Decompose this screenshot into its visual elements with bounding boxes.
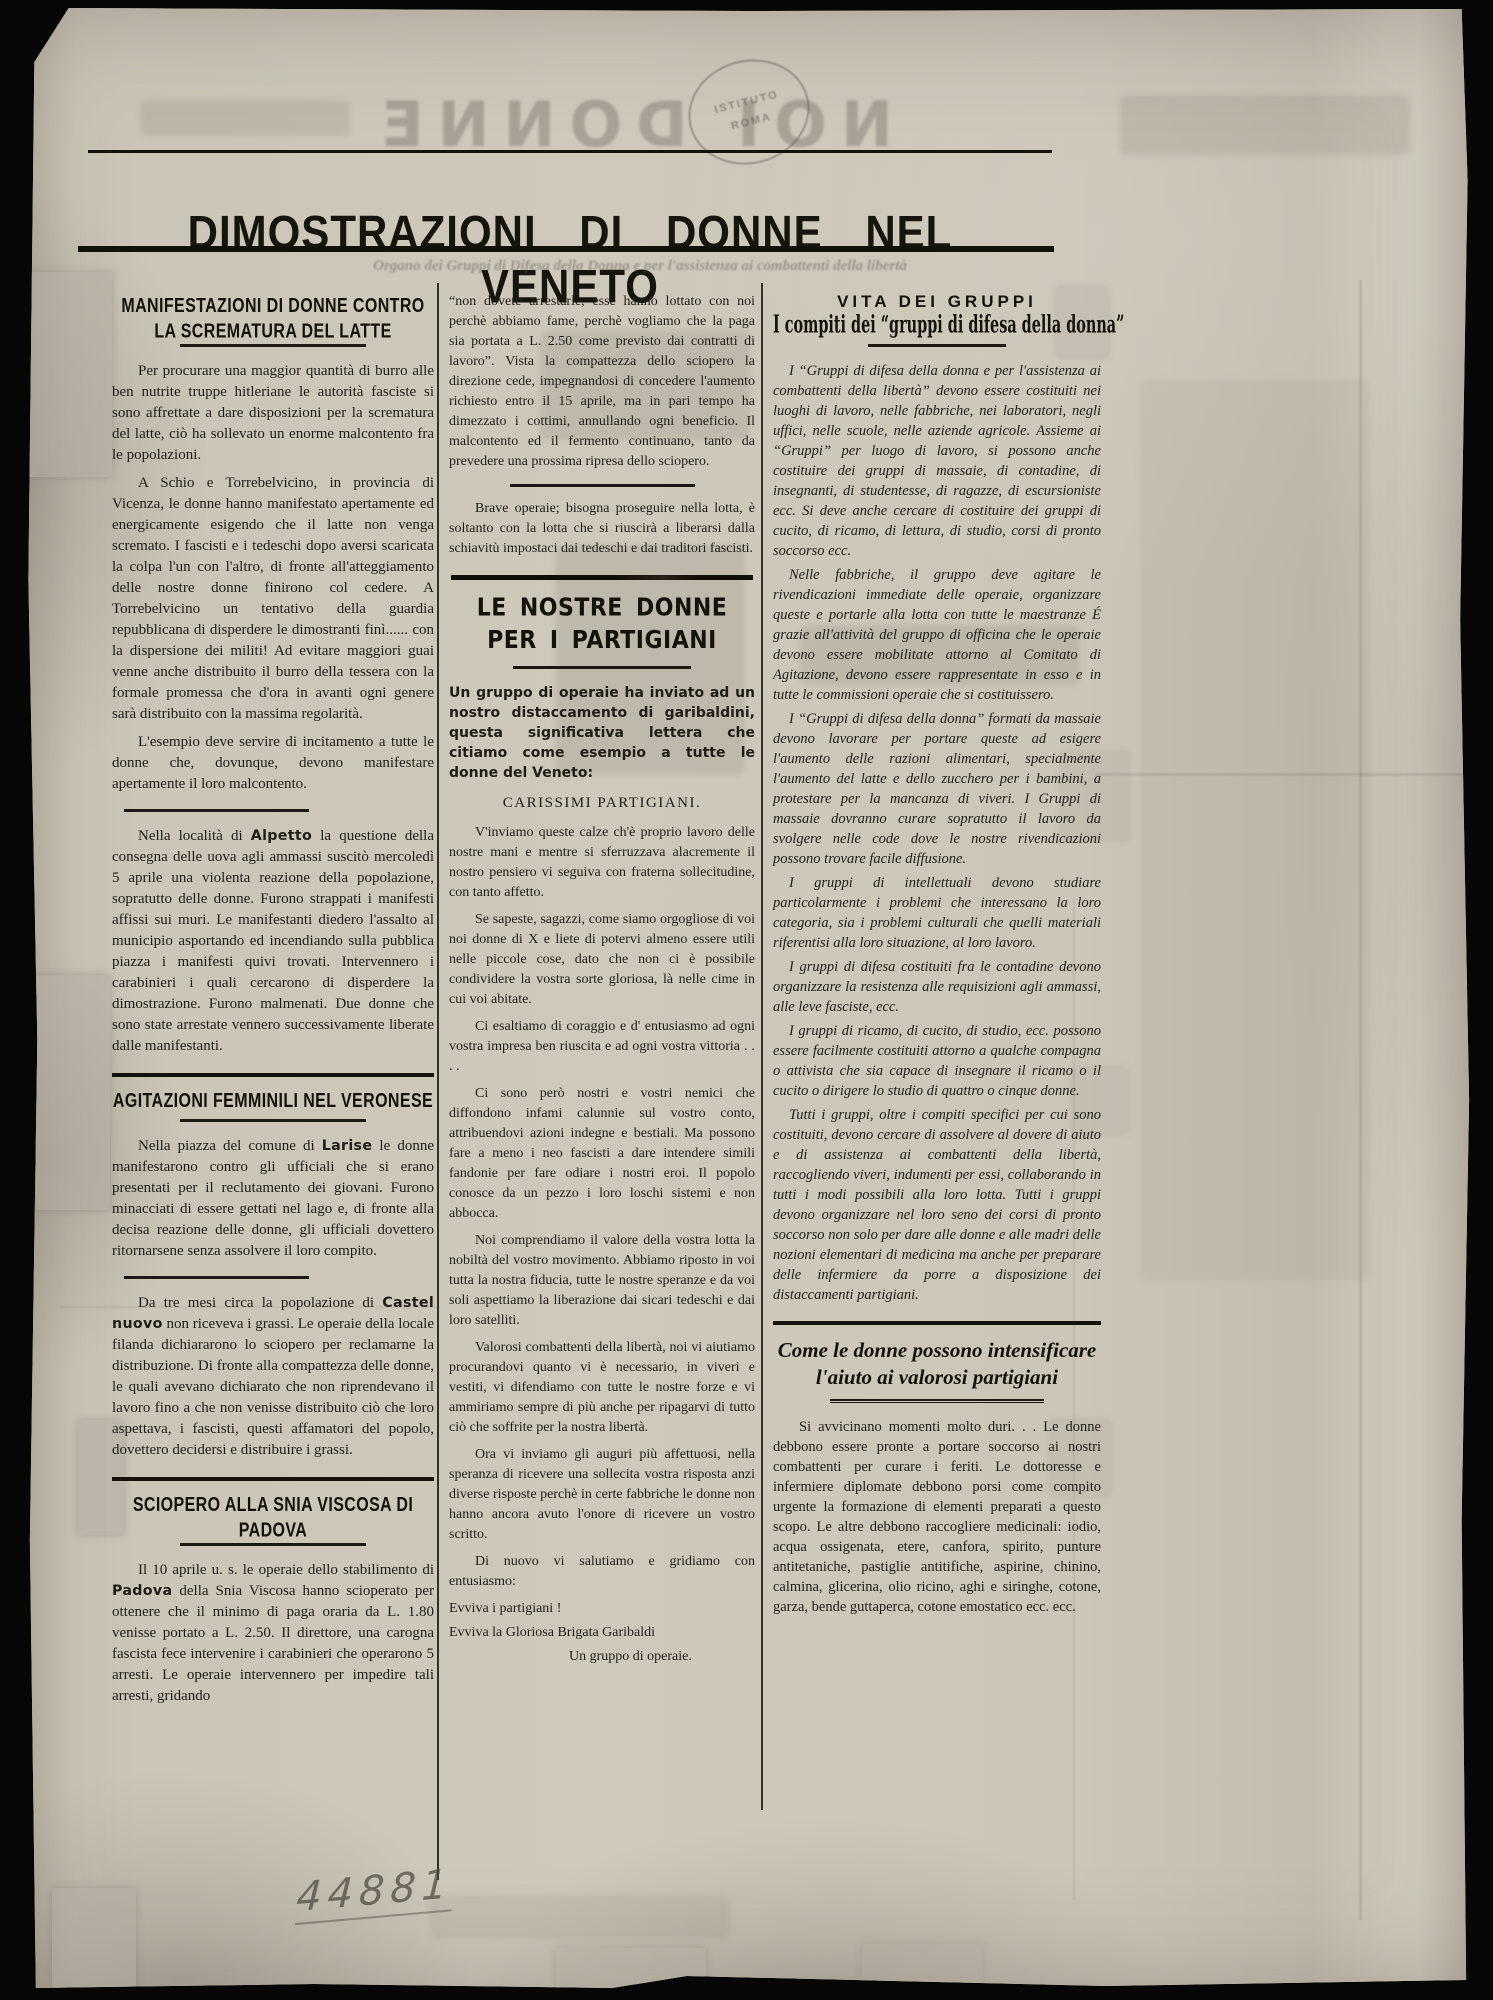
paragraph: V'inviamo queste calze ch'è proprio lavo… — [449, 823, 755, 903]
headline-agitazioni: AGITAZIONI FEMMINILI NEL VERONESE — [112, 1089, 434, 1115]
fold-line — [1095, 772, 1465, 777]
fold-line — [1358, 280, 1363, 1920]
column-1: MANIFESTAZIONI DI DONNE CONTRO LA SCREMA… — [112, 292, 434, 1714]
heavy-rule — [773, 1321, 1101, 1325]
paragraph: Per procurare una maggior quantità di bu… — [112, 361, 434, 466]
headline-aiuto-partigiani: Come le donne possono intensificare l'ai… — [773, 1337, 1101, 1391]
paragraph: Nelle fabbriche, il gruppo deve agitare … — [773, 565, 1101, 705]
paragraph: Nella località di Alpetto la questione d… — [112, 826, 434, 1057]
tape-mark — [862, 1944, 982, 1992]
newspaper-page: NOI DONNE ISTITUTO ROMA DIMOSTRAZIONI DI… — [0, 0, 1493, 2000]
column-divider — [761, 283, 763, 1810]
heavy-rule — [451, 575, 753, 580]
showthrough-smudge — [140, 100, 350, 136]
paragraph: Da tre mesi circa la popolazione di Cast… — [112, 1293, 434, 1461]
letter-intro: Un gruppo di operaie ha inviato ad un no… — [449, 683, 755, 783]
scanned-page: NOI DONNE ISTITUTO ROMA DIMOSTRAZIONI DI… — [0, 0, 1493, 2000]
letter-closing-line: Evviva i partigiani ! — [449, 1599, 755, 1619]
paragraph: Brave operaie; bisogna proseguire nella … — [449, 499, 755, 559]
showthrough-smudge — [430, 1895, 730, 1939]
separator-rule — [124, 1276, 309, 1279]
separator-rule — [124, 809, 309, 812]
headline-underline — [180, 1119, 367, 1122]
tape-mark — [36, 975, 110, 1210]
headline-underline — [513, 666, 690, 669]
column-2: “non dovete arrestarle, esse hanno lotta… — [449, 292, 755, 1671]
paragraph: Si avvicinano momenti molto duri. . . Le… — [773, 1417, 1101, 1617]
letter-signature: Un gruppo di operaie. — [449, 1647, 755, 1667]
tape-mark — [556, 1948, 706, 1992]
headline-nostre-donne: LE NOSTRE DONNE PER I PARTIGIANI — [449, 592, 755, 657]
paragraph: Ci sono però nostri e vostri nemici che … — [449, 1084, 755, 1224]
headline-compiti: I compiti dei “gruppi di difesa della do… — [773, 314, 1101, 334]
paragraph: A Schio e Torrebelvicino, in provincia d… — [112, 473, 434, 725]
heavy-rule — [112, 1477, 434, 1481]
letter-closing-line: Evviva la Gloriosa Brigata Garibaldi — [449, 1623, 755, 1643]
paragraph: Valorosi combattenti della libertà, noi … — [449, 1338, 755, 1438]
headline-sciopero-snia: SCIOPERO ALLA SNIA VISCOSA DI PADOVA — [112, 1493, 434, 1544]
headline-underline — [868, 344, 1006, 347]
paragraph: L'esempio deve servire di incitamento a … — [112, 732, 434, 795]
heavy-rule — [112, 1073, 434, 1077]
place-name: Alpetto — [251, 828, 312, 844]
masthead-rule-bottom — [78, 246, 1054, 252]
column-3: VITA DEI GRUPPI I compiti dei “gruppi di… — [773, 292, 1101, 1624]
paragraph: I “Gruppi di difesa della donna e per l'… — [773, 361, 1101, 561]
paragraph: I gruppi di intellettuali devono studiar… — [773, 873, 1101, 953]
letter-salutation: CARISSIMI PARTIGIANI. — [449, 793, 755, 813]
paragraph: I gruppi di ricamo, di cucito, di studio… — [773, 1021, 1101, 1101]
paragraph: I “Gruppi di difesa della donna” formati… — [773, 709, 1101, 869]
place-name: Larise — [322, 1138, 373, 1154]
paragraph: Nella piazza del comune di Larise le don… — [112, 1136, 434, 1262]
separator-rule — [510, 484, 695, 487]
showthrough-smudge — [1120, 95, 1410, 155]
headline-scrematura: MANIFESTAZIONI DI DONNE CONTRO LA SCREMA… — [112, 294, 434, 345]
paragraph: Di nuovo vi salutiamo e gridiamo con ent… — [449, 1552, 755, 1592]
paragraph: I gruppi di difesa costituiti fra le con… — [773, 957, 1101, 1017]
tape-mark — [52, 1888, 136, 1988]
paragraph: Tutti i gruppi, oltre i compiti specific… — [773, 1105, 1101, 1305]
paragraph: Se sapeste, sagazzi, come siamo orgoglio… — [449, 910, 755, 1010]
paragraph: “non dovete arrestarle, esse hanno lotta… — [449, 292, 755, 472]
stamp-text: ROMA — [730, 111, 773, 133]
showthrough-smudge — [1140, 380, 1370, 1280]
headline-underline — [830, 1399, 1043, 1403]
paragraph: Ora vi inviamo gli auguri più affettuosi… — [449, 1445, 755, 1545]
showthrough-subtitle: Organo dei Gruppi di Difesa della Donna … — [210, 258, 1070, 275]
paragraph: Noi comprendiamo il valore della vostra … — [449, 1231, 755, 1331]
paragraph: Il 10 aprile u. s. le operaie dello stab… — [112, 1560, 434, 1707]
place-name: Padova — [112, 1583, 172, 1599]
column-divider — [437, 283, 439, 1880]
paragraph: Ci esaltiamo di coraggio e d' entusiasmo… — [449, 1017, 755, 1077]
masthead-rule-top — [88, 150, 1052, 153]
